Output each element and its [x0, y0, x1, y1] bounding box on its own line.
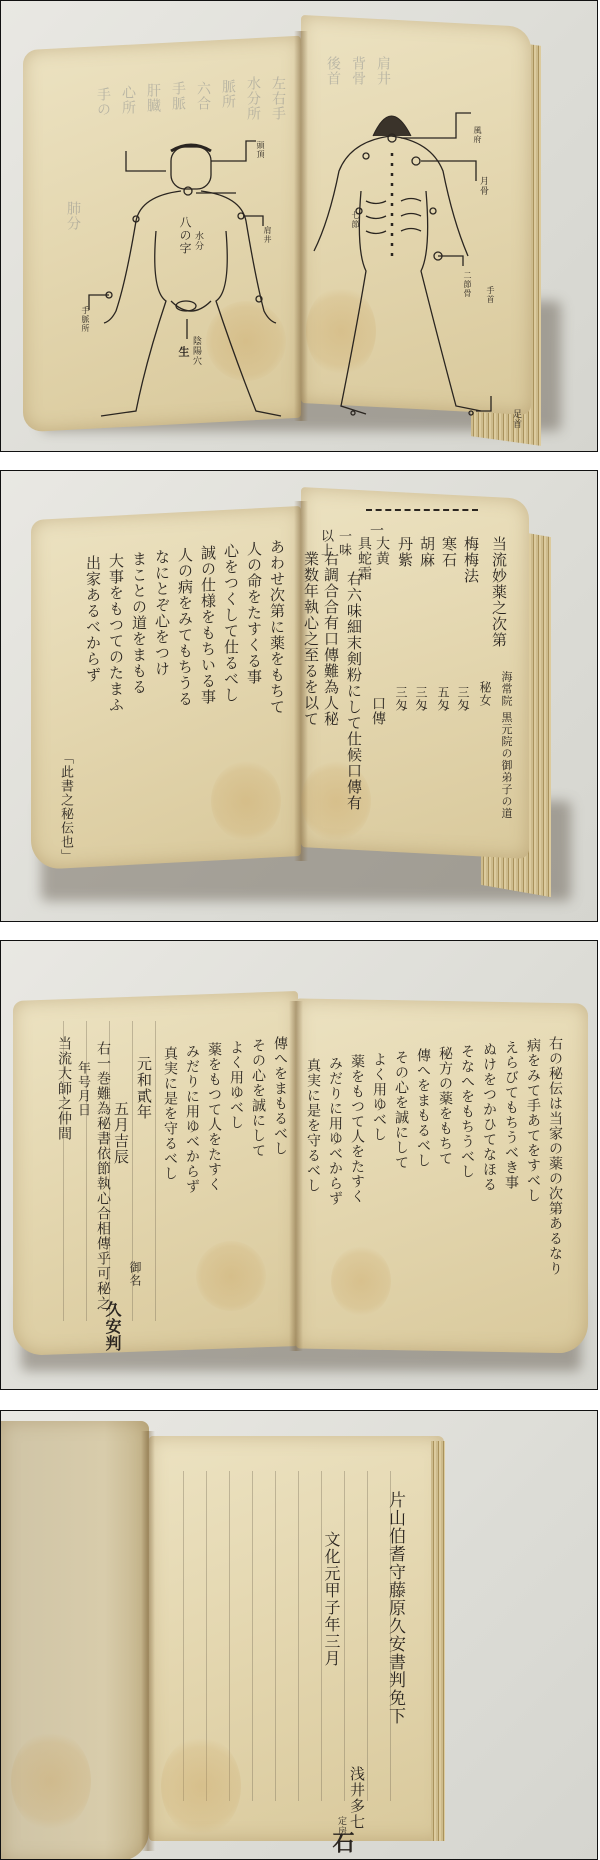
back-body-figure: [1, 1, 598, 451]
amount: 三匁: [395, 686, 407, 712]
recipe-dashes: [366, 509, 478, 511]
amount: 三匁: [415, 686, 427, 712]
photo-panel-title-page: 片山伯耆守藤原久安書判免下 文化元甲子年三月 浅井多七 定房 石: [0, 1410, 598, 1860]
colophon-line: 当流大師之仲間: [57, 1036, 71, 1141]
recipe-line: 業数年執心之至るを以て: [303, 551, 318, 727]
recipe-note: 口傳: [371, 696, 385, 726]
title-text: 片山伯耆守藤原久安書判免下: [386, 1491, 403, 1725]
water-stain: [161, 1736, 241, 1836]
ingredient: 大黄: [375, 536, 389, 566]
date-text: 文化元甲子年三月: [323, 1531, 339, 1667]
acupoint-label: 月骨: [478, 176, 487, 196]
marker-one: 一: [369, 523, 383, 538]
page-block-edge: [431, 1441, 445, 1841]
book-gutter: [141, 1431, 155, 1851]
amount: 五匁: [437, 686, 449, 712]
colophon-date-year: 元和貳年: [136, 1056, 151, 1120]
owner-name: 浅井多七: [349, 1766, 364, 1830]
photo-panel-recipe: 当流妙薬之次第 梅梅法 寒石 胡麻 丹紫 大黄 具蛇霜 一 一味 以上 秘女 三…: [0, 470, 598, 922]
book-gutter: [289, 1001, 303, 1351]
amount: 三匁: [457, 686, 469, 712]
ingredient: 梅梅法: [463, 536, 478, 584]
photo-panel-colophon: 元和貳年 五月吉辰 右一巻難為秘書依節執心合相傳乎可秘之 年号月日 当流大師之仲…: [0, 940, 598, 1390]
signature-title: 御名: [129, 1261, 141, 1287]
colophon-line: 年号月日: [76, 1061, 89, 1117]
acupoint-label: 風府: [473, 126, 481, 144]
water-stain: [211, 761, 281, 841]
water-stain: [331, 1246, 391, 1316]
recipe-line: 右調合合有口傳難為人秘: [323, 551, 338, 727]
ingredient: 胡麻: [419, 536, 434, 568]
recipe-header: 当流妙薬之次第: [491, 536, 506, 648]
signature: 久安判: [104, 1301, 120, 1352]
amount: 秘女: [479, 681, 491, 707]
acupoint-label: 足首: [511, 409, 520, 429]
water-stain: [11, 1731, 91, 1831]
acupoint-label: 七節: [351, 211, 359, 229]
ingredient: 寒石: [441, 536, 456, 568]
acupoint-label: 手首: [486, 286, 494, 304]
acupoint-label: 二節骨: [463, 271, 471, 298]
recipe-line: 右六味細末剣粉にして仕候口傳有: [346, 571, 361, 811]
seal-mark: 石: [331, 1831, 353, 1854]
water-stain: [196, 1241, 266, 1311]
photo-panel-anatomy: 左右手 水分所 脈所 六合 手脈 肝臓 心所 手の 肺分 後首 背骨 肩井: [0, 0, 598, 452]
ingredient: 丹紫: [397, 536, 412, 568]
colophon-date-day: 五月吉辰: [113, 1101, 128, 1165]
colophon-line: 右一巻難為秘書依節執心合相傳乎可秘之: [96, 1041, 110, 1311]
recipe-line: 海常院 黒元院の御弟子の道: [501, 671, 512, 820]
